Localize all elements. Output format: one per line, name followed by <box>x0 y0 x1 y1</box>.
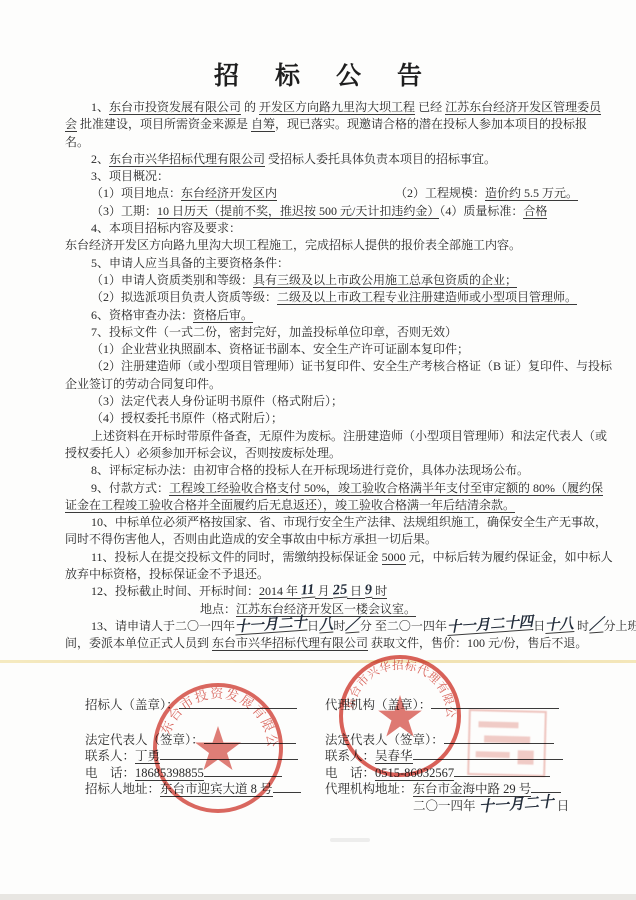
doc-line: 3、项目概况： <box>65 168 585 185</box>
underlined-text <box>531 792 561 793</box>
doc-text: 同时不得伤害他人，否则由此造成的安全事故由中标方承担一切后果。 <box>65 532 437 546</box>
doc-line: 招标人地址：东台市迎宾大道 8 号 <box>85 781 325 798</box>
doc-line: 会 批准建设，项目所需资金来源是 自筹，现已落实。现邀请合格的潜在投标人参加本项… <box>65 116 585 133</box>
doc-text: 1、 <box>91 100 109 114</box>
doc-line: 同时不得伤害他人，否则由此造成的安全事故由中标方承担一切后果。 <box>65 531 585 548</box>
doc-line: （3）工期：10 日历天（提前不奖，推迟按 500 元/天计扣违约金）（4）质量… <box>65 203 585 220</box>
doc-line: 东台经济开发区方向路九里沟大坝工程施工，完成招标人提供的报价表全部施工内容。 <box>65 237 585 254</box>
handwritten-text: ／ <box>345 617 360 633</box>
doc-text: 东台经济开发区方向路九里沟大坝工程施工，完成招标人提供的报价表全部施工内容。 <box>65 238 521 252</box>
doc-text: 4、本项目招标内容及要求： <box>91 221 241 235</box>
underlined-text: 东台经济开发区内 <box>181 186 277 201</box>
doc-text: 法定代表人（签章）： <box>325 733 444 747</box>
doc-line: 9、付款方式：工程竣工经验收合格支付 50%，竣工验收合格满半年支付至审定额的 … <box>65 480 585 497</box>
underlined-text <box>160 759 298 760</box>
underlined-text: 2014 年 <box>259 584 301 599</box>
doc-text: 13、请申请人于二〇一四年 <box>91 619 235 633</box>
underlined-text: 工程竣工经验收合格支付 50%，竣工验收合格满半年支付至审定额的 80%（履约保 <box>169 481 603 496</box>
underlined-text: 5000 <box>382 550 406 565</box>
doc-text: 代理机构地址： <box>325 782 413 796</box>
handwritten-text: 十八 <box>545 617 575 634</box>
handwritten-text: 十一月二十 <box>234 615 307 635</box>
doc-line: 1、东台市投资发展有限公司 的 开发区方向路九里沟大坝工程 已经 江苏东台经济开… <box>65 99 585 116</box>
doc-line: 10、中标单位必须严格按国家、省、市现行安全生产法律、法规组织施工，确保安全生产… <box>65 514 585 531</box>
underlined-text <box>273 792 301 793</box>
doc-text: （1）项目地点： <box>91 186 181 200</box>
doc-text: 间，委派本单位正式人员到 <box>65 636 212 650</box>
underlined-text: 合格 <box>523 204 547 219</box>
doc-line: 证金在工程竣工验收合格并全面履约后无息返还），竣工验收合格满一年后结清余款。 <box>65 497 585 514</box>
doc-text: （3）工期： <box>91 204 157 218</box>
doc-text: （2）拟选派项目负责人资质等级： <box>91 290 277 304</box>
handwritten-text: 9 <box>364 583 372 599</box>
doc-text: 受招标人委托具体负责本项目的招标事宜。 <box>265 152 496 166</box>
underlined-text <box>179 708 297 709</box>
underlined-text: 造价约 5.5 万元。 <box>485 186 578 201</box>
underlined-text: 日 <box>347 584 365 599</box>
doc-text: 获取文件，售价：100 元/份，售后不退。 <box>368 636 587 650</box>
handwritten-text: 八 <box>318 617 333 633</box>
doc-text: 招标人地址： <box>85 782 160 796</box>
underlined-text: 0515-86032567 <box>375 766 454 781</box>
doc-line: （3）法定代表人身份证明书原件（格式附后）； <box>65 393 585 410</box>
doc-line: （4）授权委托书原件（格式附后）； <box>65 410 585 427</box>
document-body: 1、东台市投资发展有限公司 的 开发区方向路九里沟大坝工程 已经 江苏东台经济开… <box>65 99 585 653</box>
doc-text: 5、申请人应当具备的主要资格条件： <box>91 256 289 270</box>
doc-text: 11、投标人在提交投标文件的同时，需缴纳投标保证金 <box>91 550 382 564</box>
doc-text: 电 话： <box>85 766 135 780</box>
doc-text: （4）质量标准： <box>439 204 523 218</box>
underlined-text: 丁勇 <box>135 749 160 764</box>
doc-line: 电 话：18685398855 <box>85 765 325 782</box>
doc-text: 地点： <box>200 602 236 616</box>
doc-line: 招标人（盖章）： <box>85 697 325 714</box>
handwritten-text: 11 <box>300 583 315 599</box>
doc-text: 日 <box>307 619 319 633</box>
underlined-text: 证金在工程竣工验收合格并全面履约后无息返还），竣工验收合格满一年后结清余款。 <box>65 498 515 513</box>
doc-line: 联系人：丁勇 <box>85 748 325 765</box>
doc-text: （4）授权委托书原件（格式附后）； <box>91 411 283 425</box>
doc-text: 上述资料在开标时带原件备查，无原件为废标。注册建造师（小型项目管理师）和法定代表… <box>91 429 607 443</box>
doc-line: 11、投标人在提交投标文件的同时，需缴纳投标保证金 5000 元，中标后转为履约… <box>65 549 585 566</box>
doc-text: （2）工程规模： <box>395 186 485 200</box>
doc-text: 日 <box>533 619 545 633</box>
doc-text: ，现已落实。现邀请合格的潜在投标人参加本项目的投标报 <box>275 117 587 131</box>
underlined-text: 10 日历天（提前不奖，推迟按 500 元/天计扣违约金） <box>157 204 439 219</box>
square-seal-stamp <box>467 709 547 777</box>
doc-text: 授权委托人）必须参加开标会议，否则按废标处理。 <box>65 446 341 460</box>
doc-text: 法定代表人（签章）： <box>85 733 204 747</box>
doc-line: （2）注册建造师（或小型项目管理师）证书复印件、安全生产考核合格证（B 证）复印… <box>65 358 585 375</box>
underlined-text: 东台市金海中路 29 号 <box>413 782 532 797</box>
underlined-text: 吴春华 <box>375 749 413 764</box>
doc-text: 8、评标定标办法：由初审合格的投标人在开标现场进行竞价，具体办法现场公布。 <box>91 463 529 477</box>
doc-line: 法定代表人（签章）： <box>85 732 325 749</box>
doc-line: 7、投标文件（一式二份，密封完好，加盖投标单位印章，否则无效） <box>65 324 585 341</box>
doc-text: 招标人（盖章）： <box>85 698 179 712</box>
doc-text: 2、 <box>91 152 109 166</box>
doc-text: （2）注册建造师（或小型项目管理师）证书复印件、安全生产考核合格证（B 证）复印… <box>91 359 612 373</box>
doc-text: 名。 <box>65 135 89 149</box>
doc-text: 二〇一四年 <box>413 799 479 813</box>
doc-text: 电 话： <box>325 766 375 780</box>
doc-text: 联系人： <box>325 749 375 763</box>
handwritten-text: 十一月二十 <box>478 795 554 815</box>
page-title: 招标公告 <box>0 56 636 92</box>
doc-text: （1）申请人资质类别和等级： <box>91 273 253 287</box>
underlined-text: 会 <box>65 117 77 132</box>
doc-text: 3、项目概况： <box>91 169 169 183</box>
doc-text: （1）企业营业执照副本、资格证书副本、安全生产许可证副本复印件； <box>91 342 469 356</box>
doc-line: （1）申请人资质类别和等级：具有三级及以上市政公用施工总承包资质的企业； <box>65 272 585 289</box>
underlined-text: 东台市投资发展有限公司 <box>109 100 241 115</box>
underlined-text: 具有三级及以上市政公用施工总承包资质的企业； <box>253 273 517 288</box>
handwritten-text: 25 <box>332 583 347 599</box>
doc-text: （3）法定代表人身份证明书原件（格式附后）； <box>91 394 343 408</box>
underlined-text: 江苏东台经济开发区一楼会议室。 <box>236 602 416 617</box>
doc-text: 的 <box>241 100 259 114</box>
doc-line: 企业签订的劳动合同复印件。 <box>65 376 585 393</box>
underlined-text: 东台市兴华招标代理有限公司 <box>109 152 265 167</box>
doc-text: 分 至二〇一四年 <box>360 619 447 633</box>
doc-line: 间，委派本单位正式人员到 东台市兴华招标代理有限公司 获取文件，售价：100 元… <box>65 635 585 652</box>
doc-text: 已经 <box>415 100 445 114</box>
handwritten-text: ／ <box>588 617 603 633</box>
doc-line: 上述资料在开标时带原件备查，无原件为废标。注册建造师（小型项目管理师）和法定代表… <box>65 428 585 445</box>
underlined-text: 时 <box>372 584 387 599</box>
underlined-text: 东台市迎宾大道 8 号 <box>160 782 273 797</box>
doc-line: 12、投标截止时间、开标时间：2014 年 11 月 25 日 9 时 <box>65 583 585 600</box>
doc-line: 4、本项目招标内容及要求： <box>65 220 585 237</box>
doc-text: 10、中标单位必须严格按国家、省、市现行安全生产法律、法规组织施工，确保安全生产… <box>91 515 607 529</box>
underlined-text <box>204 743 296 744</box>
doc-text: 批准建设，项目所需资金来源是 <box>77 117 251 131</box>
doc-line: 二〇一四年 十一月二十 日 <box>325 798 575 815</box>
doc-text: 9、付款方式： <box>91 481 169 495</box>
doc-line: （1）企业营业执照副本、资格证书副本、安全生产许可证副本复印件； <box>65 341 585 358</box>
underlined-text: 开发区方向路九里沟大坝工程 <box>259 100 415 115</box>
doc-line: 13、请申请人于二〇一四年十一月二十日八时／分 至二〇一四年十一月二十四日十八 … <box>65 618 585 635</box>
doc-line: 名。 <box>65 134 585 151</box>
doc-line: （2）拟选派项目负责人资质等级：二级及以上市政工程专业注册建造师或小型项目管理师… <box>65 289 585 306</box>
underlined-text: 月 <box>315 584 333 599</box>
bidder-signature-block: 招标人（盖章）：法定代表人（签章）：联系人：丁勇电 话：18685398855招… <box>85 697 325 798</box>
underlined-text: 二级及以上市政工程专业注册建造师或小型项目管理师。 <box>277 290 577 305</box>
handwritten-text: 十一月二十四 <box>446 615 533 636</box>
doc-text: 12、投标截止时间、开标时间： <box>91 584 259 598</box>
doc-text: 7、投标文件（一式二份，密封完好，加盖投标单位印章，否则无效） <box>91 325 457 339</box>
doc-text: 日 <box>554 799 570 813</box>
underlined-text: 资格后审。 <box>193 308 253 323</box>
doc-line: 6、资格审查办法：资格后审。 <box>65 307 585 324</box>
doc-text: 放弃中标资格，投标保证金不予退还。 <box>65 567 269 581</box>
underlined-text: 江苏东台经济开发区管理委员 <box>445 100 601 115</box>
doc-text: 企业签订的劳动合同复印件。 <box>65 377 221 391</box>
doc-line: 5、申请人应当具备的主要资格条件： <box>65 255 585 272</box>
doc-text: 分上班时 <box>603 619 636 633</box>
doc-line: （1）项目地点：东台经济开发区内（2）工程规模：造价约 5.5 万元。 <box>65 185 585 202</box>
underlined-text: 自筹 <box>251 117 275 132</box>
doc-line: 8、评标定标办法：由初审合格的投标人在开标现场进行竞价，具体办法现场公布。 <box>65 462 585 479</box>
underlined-text: 18685398855 <box>135 766 204 781</box>
doc-text: 联系人： <box>85 749 135 763</box>
scan-edge-shadow <box>0 894 636 900</box>
underlined-text <box>204 776 282 777</box>
scanned-tender-announcement-page: 招标公告 1、东台市投资发展有限公司 的 开发区方向路九里沟大坝工程 已经 江苏… <box>0 0 636 900</box>
doc-line: 放弃中标资格，投标保证金不予退还。 <box>65 566 585 583</box>
doc-text: 代理机构（盖章）： <box>325 698 431 712</box>
scan-fold-line <box>0 660 636 663</box>
doc-text: 元，中标后转为履约保证金，如中标人 <box>406 550 613 564</box>
scan-smudge <box>330 838 370 842</box>
doc-line: 授权委托人）必须参加开标会议，否则按废标处理。 <box>65 445 585 462</box>
doc-text: 时 <box>574 619 589 633</box>
doc-text: 6、资格审查办法： <box>91 308 193 322</box>
underlined-text: 东台市兴华招标代理有限公司 <box>212 636 368 651</box>
doc-line: 2、东台市兴华招标代理有限公司 受招标人委托具体负责本项目的招标事宜。 <box>65 151 585 168</box>
